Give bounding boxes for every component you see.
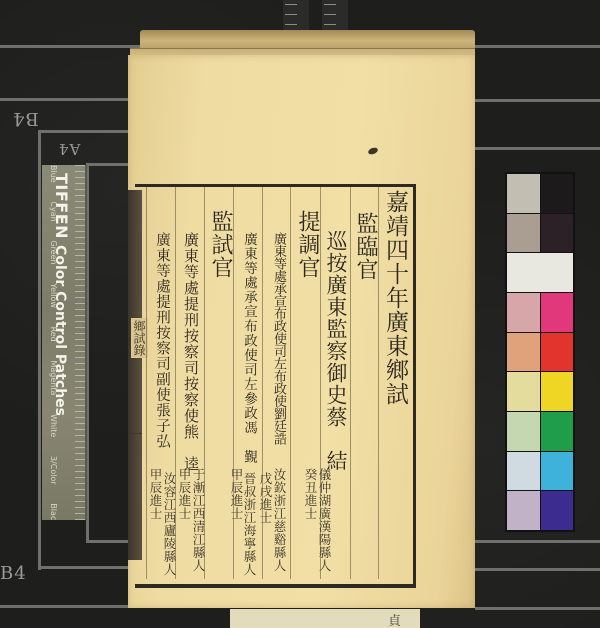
grid-line bbox=[475, 568, 600, 571]
official-note: 晉叔浙江海寧縣人 bbox=[243, 472, 256, 576]
grid-line bbox=[475, 607, 600, 610]
patch-light-gray bbox=[507, 174, 540, 213]
grid-line bbox=[475, 45, 600, 48]
grid-line bbox=[38, 130, 41, 570]
grid-line bbox=[475, 147, 600, 150]
tiffen-brand-logo: TIFFEN bbox=[52, 173, 71, 239]
official-note-sub: 戊戌進士 bbox=[259, 472, 272, 524]
column-rule bbox=[146, 187, 147, 579]
patch-cyan bbox=[541, 452, 574, 491]
document-heading: 嘉靖四十年廣東鄉試 bbox=[381, 190, 409, 578]
patch-pale-green bbox=[507, 412, 540, 451]
patch-taupe bbox=[507, 214, 540, 253]
patch-lavender bbox=[507, 491, 540, 530]
ruler-scale-left bbox=[283, 0, 309, 34]
official-note-sub: 甲辰進士 bbox=[149, 468, 162, 520]
grid-line bbox=[0, 98, 130, 101]
ruler-ticks bbox=[75, 165, 85, 520]
ruler-scale-right bbox=[322, 0, 348, 34]
call-slip-text: 貞 bbox=[388, 610, 401, 628]
patch-white bbox=[507, 253, 573, 292]
grid-line bbox=[38, 130, 130, 133]
patch-black bbox=[541, 174, 574, 213]
paper-size-label-b4-bottom: B4 bbox=[0, 563, 27, 584]
patch-pale-yellow bbox=[507, 372, 540, 411]
patch-green bbox=[541, 412, 574, 451]
patch-violet bbox=[541, 491, 574, 530]
patch-pale-blue bbox=[507, 452, 540, 491]
patch-yellow bbox=[541, 372, 574, 411]
grid-line bbox=[38, 566, 130, 569]
color-calibration-chart bbox=[505, 172, 575, 532]
grid-line bbox=[86, 163, 130, 166]
call-slip: 貞 bbox=[230, 609, 420, 628]
official-note-sub: 甲辰進士 bbox=[178, 468, 191, 520]
official-note: 于漸江西清江縣人 bbox=[192, 468, 205, 572]
text-column: 監臨官 bbox=[351, 212, 379, 578]
patch-red bbox=[541, 333, 574, 372]
patch-peach bbox=[507, 333, 540, 372]
patch-magenta bbox=[541, 293, 574, 332]
tiffen-strip-title: Color Control Patches bbox=[52, 245, 68, 416]
official-note: 儀仲湖廣漢陽縣人 bbox=[318, 468, 331, 572]
grid-line bbox=[475, 540, 600, 543]
patch-dark-brown bbox=[541, 214, 574, 253]
grid-line bbox=[0, 45, 140, 48]
paper-size-label-a4: A4 bbox=[58, 140, 80, 158]
official-note: 汝欽浙江慈谿縣人 bbox=[273, 468, 286, 572]
grid-line bbox=[475, 99, 600, 102]
grid-line bbox=[0, 605, 130, 608]
official-note: 汝容江西廬陵縣人 bbox=[163, 472, 176, 576]
tiffen-color-control-strip: Blue Cyan Green Yellow Red Magenta White… bbox=[42, 165, 87, 520]
patch-pale-pink bbox=[507, 293, 540, 332]
grid-line bbox=[86, 540, 130, 543]
paper-size-label-b4: B4 bbox=[12, 108, 39, 129]
text-column: 監試官 bbox=[206, 210, 234, 578]
official-note-sub: 甲辰進士 bbox=[230, 468, 243, 520]
tiffen-title: TIFFENColor Control Patches bbox=[46, 173, 76, 513]
official-note-sub: 癸丑進士 bbox=[304, 468, 317, 520]
